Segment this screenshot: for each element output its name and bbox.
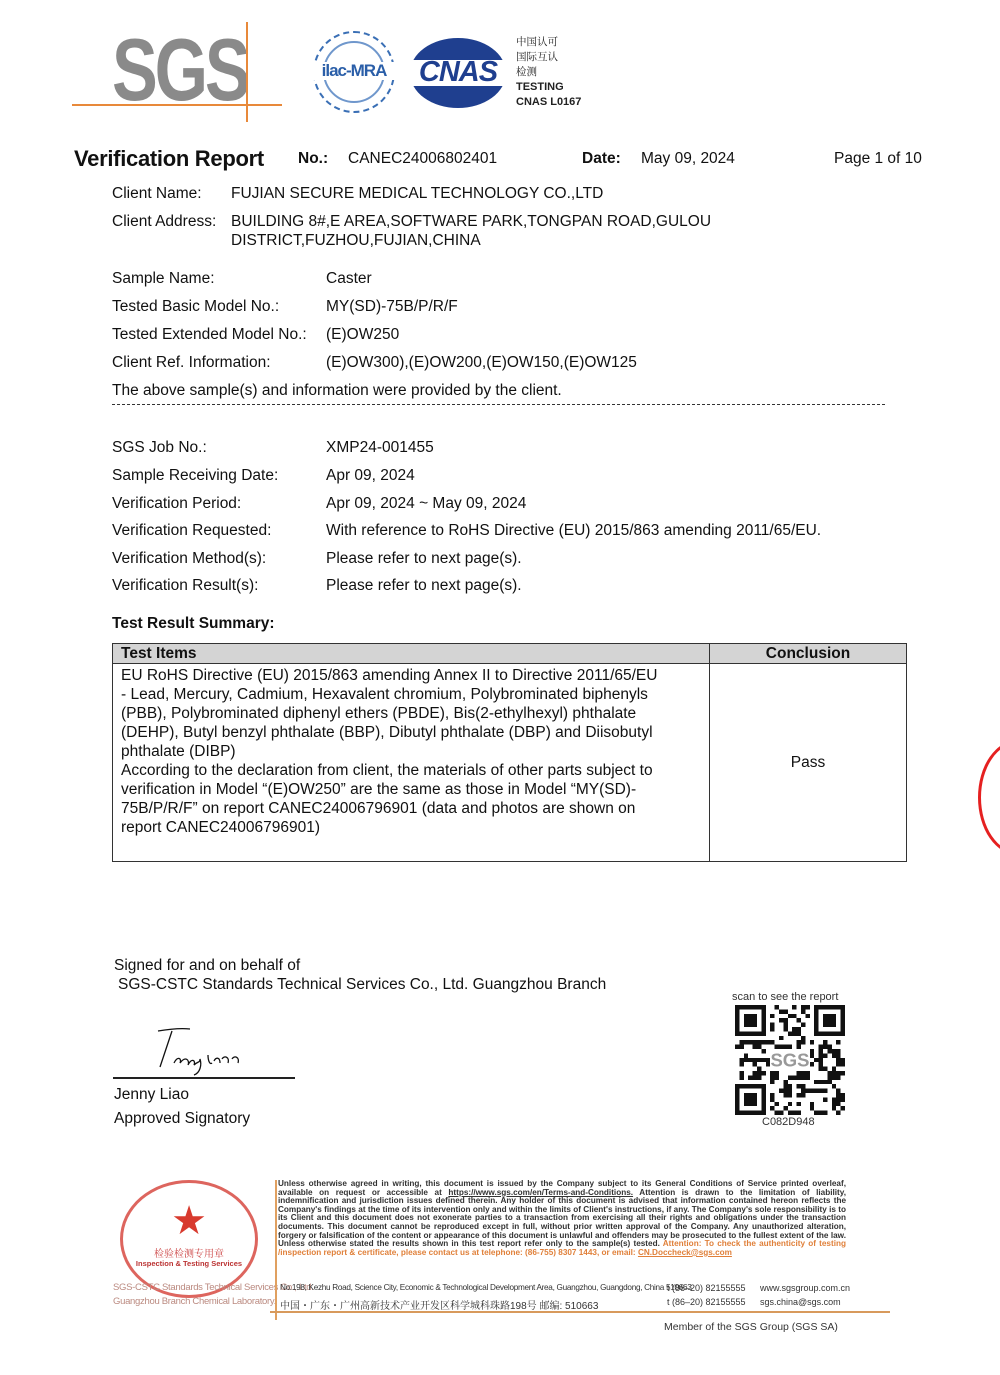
client-name-value: FUJIAN SECURE MEDICAL TECHNOLOGY CO.,LTD [231,184,603,203]
table-row: EU RoHS Directive (EU) 2015/863 amending… [113,664,907,862]
inspection-stamp: ★ 检验检测专用章 Inspection & Testing Services [120,1180,258,1298]
footer-address-cn: 中国・广东・广州高新技术产业开发区科学城科珠路198号 邮编: 510663 [280,1297,598,1312]
signing-company: SGS-CSTC Standards Technical Services Co… [118,976,606,994]
svg-text:SGS: SGS [770,1050,809,1071]
results-table: Test Items Conclusion EU RoHS Directive … [112,643,907,862]
logo-divider-horizontal [72,104,282,106]
footer-divider [270,1311,890,1313]
page-number: Page 1 of 10 [834,150,922,168]
qr-code-icon[interactable]: SGS [735,1005,845,1115]
conclusion-cell: Pass [710,664,907,862]
verification-period-value: Apr 09, 2024 ~ May 09, 2024 [326,494,526,513]
cnas-logo-text: CNAS [410,54,506,90]
logo-divider-vertical [246,22,248,122]
qr-caption: scan to see the report [732,991,838,1003]
handwritten-signature [150,1025,250,1077]
signed-for-text: Signed for and on behalf of [114,957,300,975]
stamp-en-text: Inspection & Testing Services [123,1259,255,1268]
doccheck-email-link[interactable]: CN.Doccheck@sgs.com [638,1248,732,1257]
sample-name-label: Sample Name: [112,269,215,288]
verification-requested-label: Verification Requested: [112,521,271,540]
client-ref-label: Client Ref. Information: [112,353,271,372]
receiving-date-value: Apr 09, 2024 [326,466,415,485]
receiving-date-label: Sample Receiving Date: [112,466,278,485]
table-header-row: Test Items Conclusion [113,644,907,664]
signatory-name: Jenny Liao [114,1086,189,1104]
ilac-mra-text: ilac-MRA [309,62,399,80]
extended-model-label: Tested Extended Model No.: [112,325,307,344]
ilac-mra-logo: ilac-MRA [313,31,395,113]
official-stamp-partial [978,740,1000,855]
report-date-label: Date: [582,150,621,168]
section-divider [112,404,885,406]
verification-method-label: Verification Method(s): [112,549,266,568]
sample-name-value: Caster [326,269,372,288]
star-icon: ★ [123,1201,255,1241]
basic-model-label: Tested Basic Model No.: [112,297,279,316]
stamp-cn-text: 检验检测专用章 [123,1245,255,1260]
report-title: Verification Report [74,146,264,172]
legal-disclaimer: Unless otherwise agreed in writing, this… [278,1180,846,1257]
sgs-group-member: Member of the SGS Group (SGS SA) [664,1321,838,1333]
verification-requested-value: With reference to RoHS Directive (EU) 20… [326,521,821,540]
signatory-role: Approved Signatory [114,1110,250,1128]
test-items-cell: EU RoHS Directive (EU) 2015/863 amending… [113,664,710,862]
job-no-label: SGS Job No.: [112,438,207,457]
footer-email-link[interactable]: sgs.china@sgs.com [760,1297,841,1307]
col-header-test-items: Test Items [113,644,710,664]
qr-verification-code: C082D948 [762,1116,815,1128]
footer-company-line2: Guangzhou Branch Chemical Laboratory. [113,1296,276,1307]
cnas-logo: CNAS [410,38,506,108]
job-no-value: XMP24-001455 [326,438,434,457]
client-address-label: Client Address: [112,212,216,231]
footer-divider-vertical [275,1180,277,1320]
footer-phone-1: t (86–20) 82155555 [667,1283,746,1293]
report-date-value: May 09, 2024 [641,150,735,168]
verification-method-value: Please refer to next page(s). [326,549,522,568]
signature-line [113,1077,295,1079]
verification-result-label: Verification Result(s): [112,576,258,595]
footer-website-link[interactable]: www.sgsgroup.com.cn [760,1283,850,1293]
basic-model-value: MY(SD)-75B/P/R/F [326,297,458,316]
sample-note: The above sample(s) and information were… [112,381,562,400]
cnas-accreditation-text: 中国认可 国际互认 检测 TESTING CNAS L0167 [516,35,581,110]
client-address-line2: DISTRICT,FUZHOU,FUJIAN,CHINA [231,231,481,250]
client-name-label: Client Name: [112,184,202,203]
report-no-value: CANEC24006802401 [348,150,497,168]
footer-address-en: No.198, Kezhu Road, Science City, Econom… [280,1283,692,1292]
summary-title: Test Result Summary: [112,615,275,633]
verification-result-value: Please refer to next page(s). [326,576,522,595]
footer-phone-2: t (86–20) 82155555 [667,1297,746,1307]
verification-period-label: Verification Period: [112,494,241,513]
client-ref-value: (E)OW300),(E)OW200,(E)OW150,(E)OW125 [326,353,637,372]
sgs-logo: SGS [112,30,248,110]
col-header-conclusion: Conclusion [710,644,907,664]
report-no-label: No.: [298,150,328,168]
extended-model-value: (E)OW250 [326,325,399,344]
client-address-line1: BUILDING 8#,E AREA,SOFTWARE PARK,TONGPAN… [231,212,711,231]
